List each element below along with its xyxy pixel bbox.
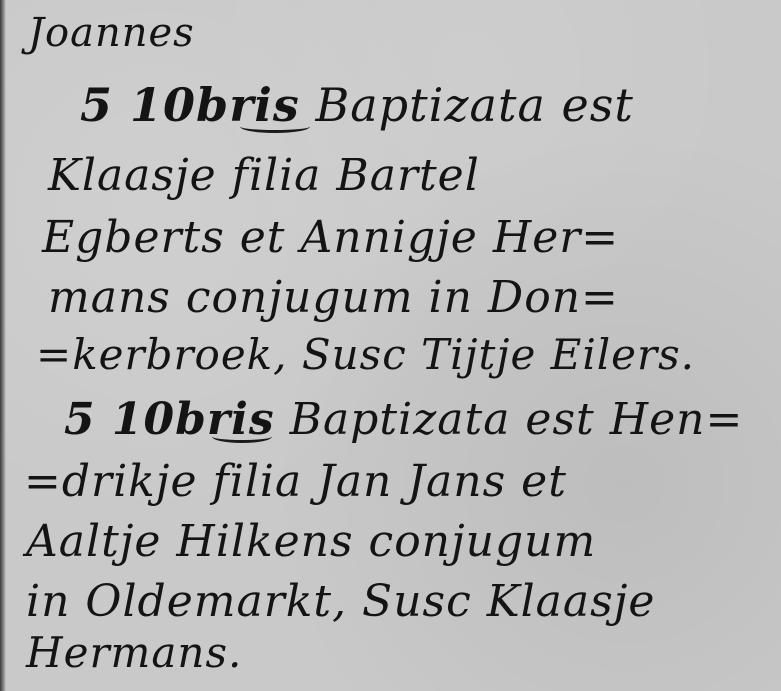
line-7: 5 10bris Baptizata est Hen= xyxy=(64,394,743,445)
line-text: Klaasje filia Bartel xyxy=(48,150,480,201)
line-text: Hermans. xyxy=(26,628,242,677)
line-text: Baptizata est xyxy=(315,78,633,132)
line-1: Joannes xyxy=(28,10,195,56)
date-flourish xyxy=(212,430,272,443)
line-text: mans conjugum in Don= xyxy=(48,272,619,323)
line-text: Baptizata est Hen= xyxy=(290,394,744,445)
line-4: Egberts et Annigje Her= xyxy=(42,212,619,263)
line-5: mans conjugum in Don= xyxy=(48,272,619,323)
line-10: in Oldemarkt, Susc Klaasje xyxy=(26,576,655,627)
line-text: Joannes xyxy=(28,10,195,56)
line-3: Klaasje filia Bartel xyxy=(48,150,480,201)
line-text: Egberts et Annigje Her= xyxy=(42,212,619,263)
line-6: =kerbroek, Susc Tijtje Eilers. xyxy=(36,330,695,379)
page-edge xyxy=(0,0,6,691)
line-9: Aaltje Hilkens conjugum xyxy=(26,516,596,567)
line-text: =drikje filia Jan Jans et xyxy=(24,456,567,507)
register-page: Joannes 5 10bris Baptizata est Klaasje f… xyxy=(0,0,781,691)
line-8: =drikje filia Jan Jans et xyxy=(24,456,567,507)
line-2: 5 10bris Baptizata est xyxy=(80,78,634,132)
line-text: =kerbroek, Susc Tijtje Eilers. xyxy=(36,330,695,379)
line-text: Aaltje Hilkens conjugum xyxy=(26,516,596,567)
line-text: in Oldemarkt, Susc Klaasje xyxy=(26,576,655,627)
date-flourish xyxy=(240,120,310,133)
line-11: Hermans. xyxy=(26,628,242,677)
